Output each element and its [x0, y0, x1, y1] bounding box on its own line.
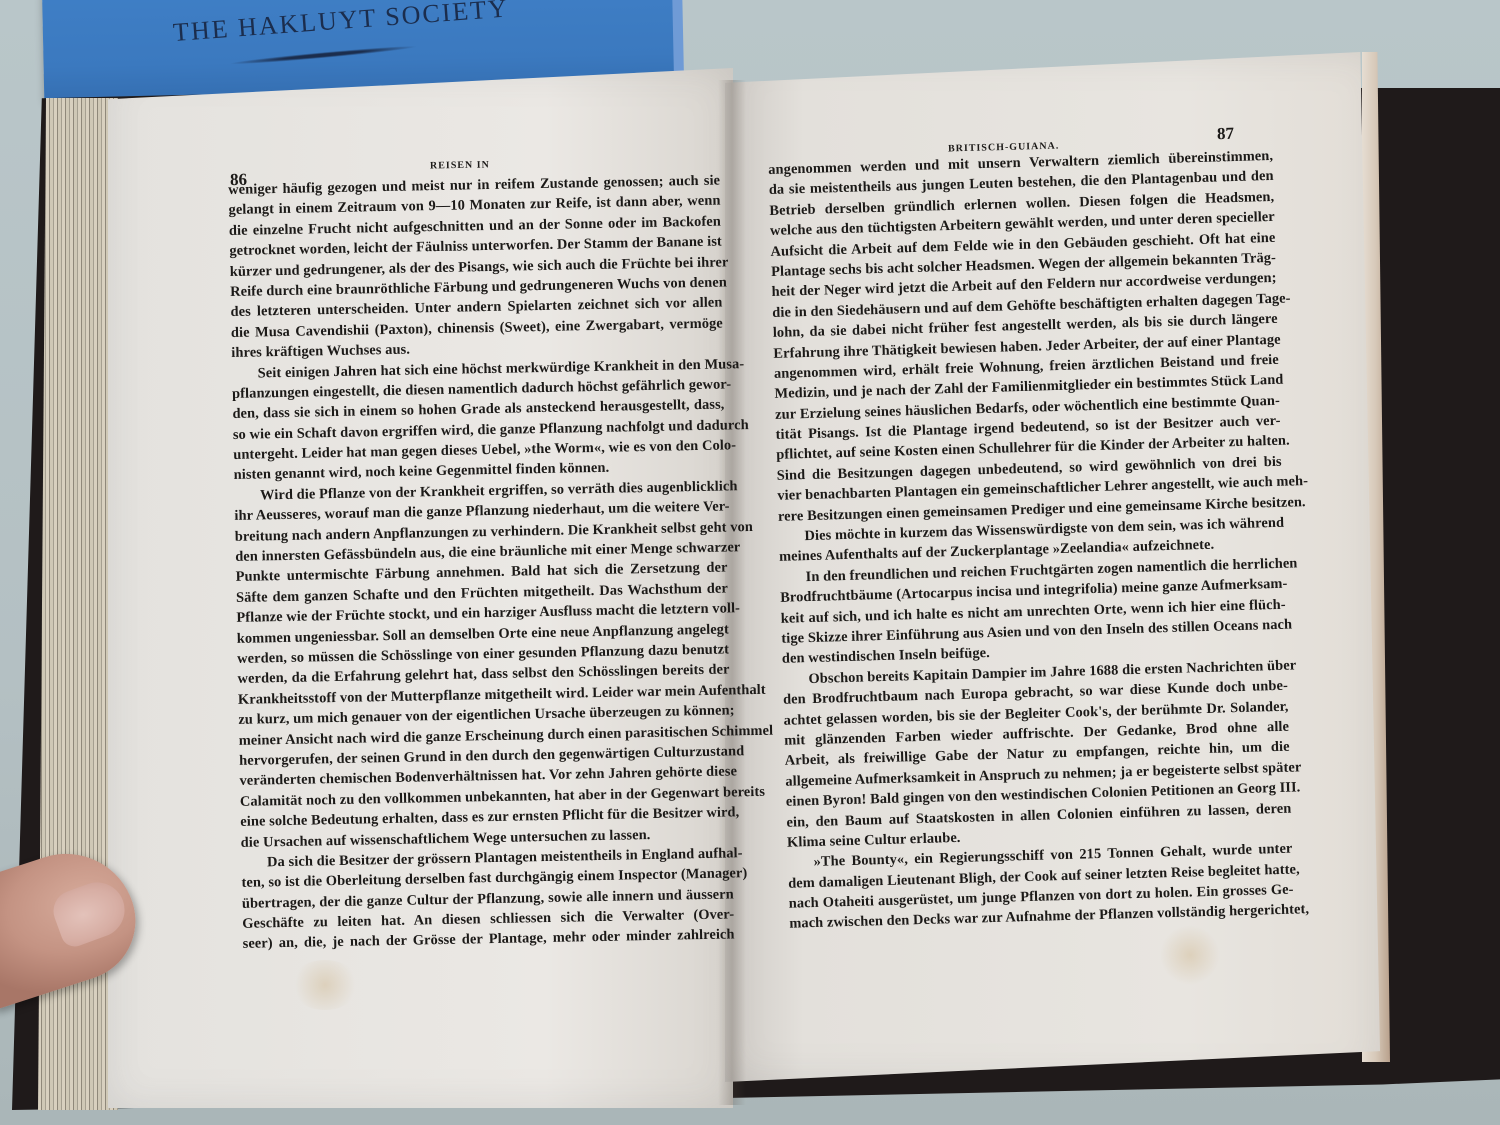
- book-title: THE HAKLUYT SOCIETY: [172, 0, 510, 48]
- right-page-text: angenommen werden und mit unsern Verwalt…: [768, 146, 1294, 935]
- paper-stain: [1160, 925, 1220, 985]
- left-running-head: REISEN IN: [430, 159, 490, 171]
- paper-stain: [290, 960, 360, 1010]
- right-page-number: 87: [1217, 124, 1235, 144]
- left-page-text: weniger häufig gezogen und meist nur in …: [228, 171, 735, 955]
- ornament-divider: [229, 44, 419, 67]
